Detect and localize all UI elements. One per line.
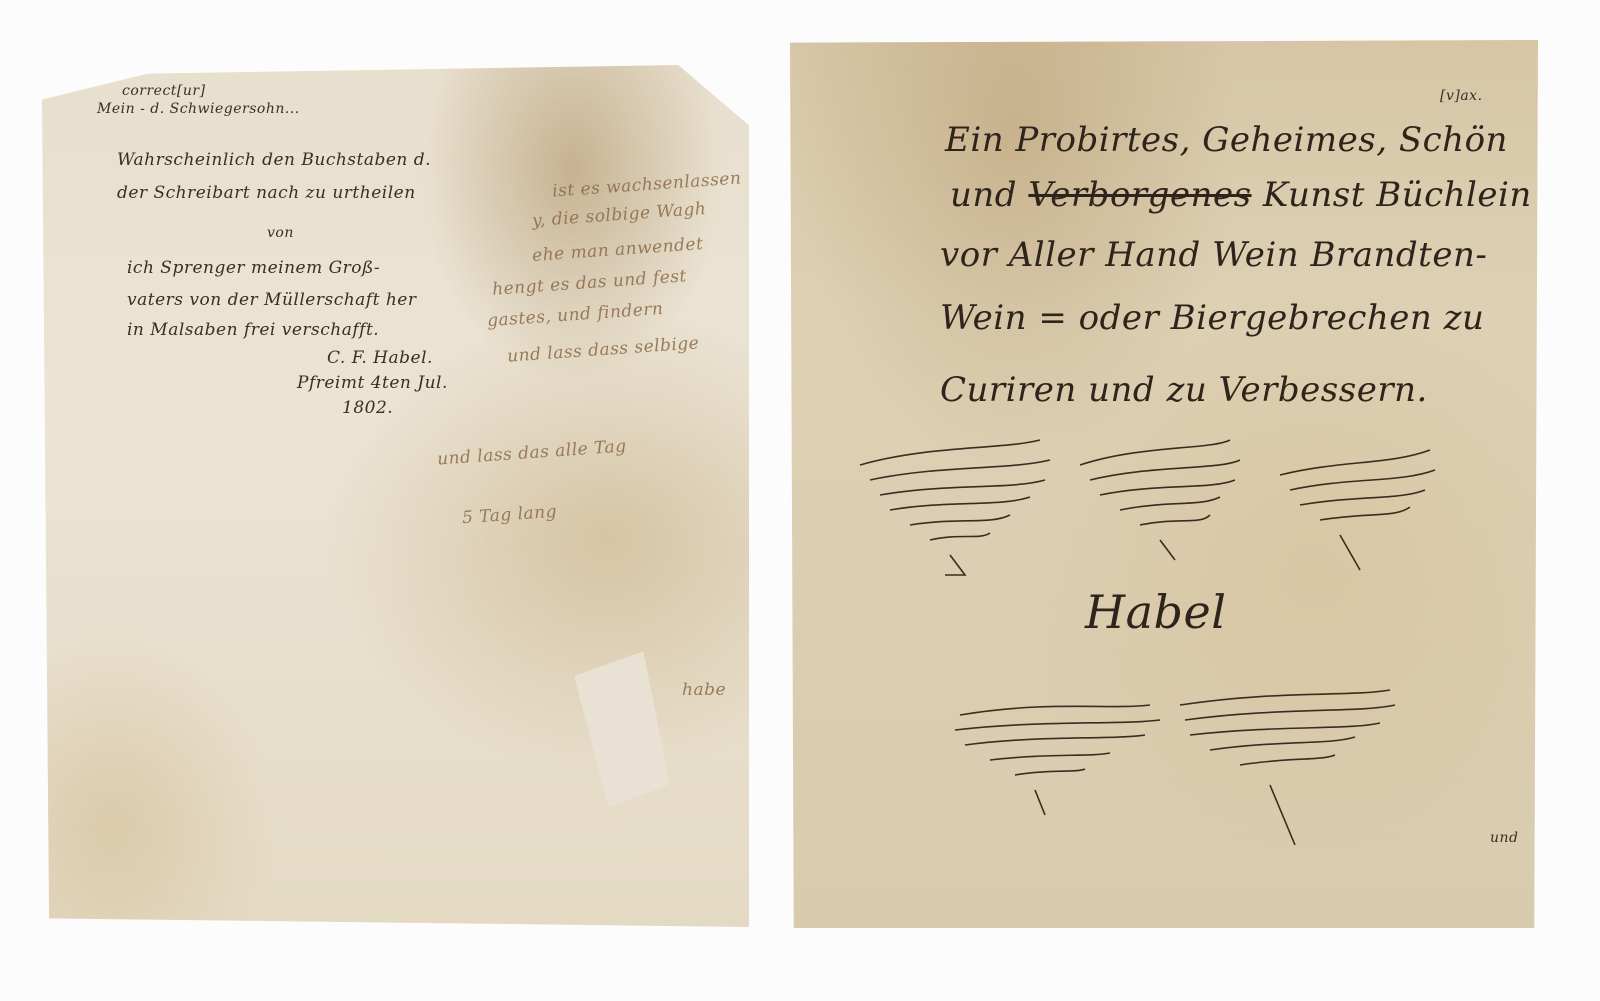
left-manuscript-page: correct[ur] Mein - d. Schwiegersohn... W… [42,65,749,927]
title-line-5: Curiren und zu Verbessern. [940,370,1428,410]
title-line-1: Ein Probirtes, Geheimes, Schön [945,120,1508,160]
title-line-4: Wein = oder Biergebrechen zu [940,298,1484,338]
correction-note: correct[ur] [122,83,206,99]
note-line: ich Sprenger meinem Groß- [127,258,380,278]
signature: Habel [1085,585,1226,639]
note-line: von [267,225,294,241]
note-line: in Malsaben frei verschafft. [127,320,379,340]
faded-line: habe [682,680,726,700]
title-line-2: und Verborgenes Kunst Büchlein [950,175,1532,215]
faded-line: y, die solbige Wagh [532,199,707,231]
right-manuscript-page: [v]ax. Ein Probirtes, Geheimes, Schön un… [790,40,1538,928]
faded-line: ist es wachsenlassen [552,168,742,201]
title-text: und [950,175,1028,215]
title-text: Kunst Büchlein [1252,175,1532,215]
corner-note: und [1490,830,1519,846]
faded-line: gastes, und findern [487,299,665,331]
header-note: Mein - d. Schwiegersohn... [97,101,300,117]
corner-note: [v]ax. [1440,88,1483,104]
faded-line: und lass das alle Tag [437,436,628,469]
faded-line: ehe man anwendet [532,234,704,266]
faded-line: hengt es das und fest [492,266,688,300]
struck-word: Verborgenes [1028,175,1251,215]
torn-paper-flap [572,650,672,810]
calligraphic-ornaments [850,435,1530,905]
faded-line: 5 Tag lang [461,502,557,529]
note-line: Wahrscheinlich den Buchstaben d. [117,150,431,170]
note-line: der Schreibart nach zu urtheilen [117,183,416,203]
year: 1802. [342,398,393,418]
title-line-3: vor Aller Hand Wein Brandten- [940,235,1487,275]
faded-line: und lass dass selbige [507,333,700,366]
note-line: vaters von der Müllerschaft her [127,290,416,310]
signature: C. F. Habel. [327,348,433,368]
date-line: Pfreimt 4ten Jul. [297,373,448,393]
